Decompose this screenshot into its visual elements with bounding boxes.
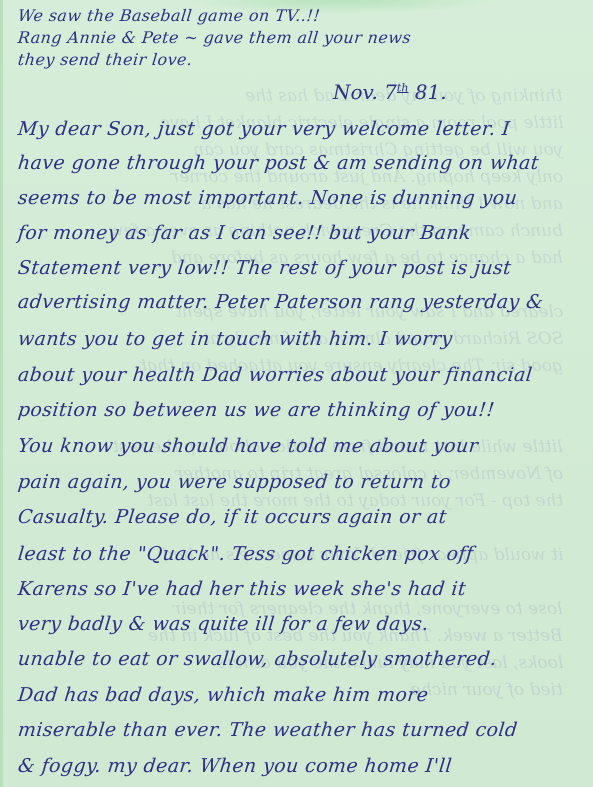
date-day: Nov. 7 bbox=[333, 80, 397, 104]
body-line: position so between us we are thinking o… bbox=[17, 399, 496, 421]
body-line: very badly & was quite ill for a few day… bbox=[17, 613, 430, 635]
postscript-line: they send their love. bbox=[17, 50, 193, 69]
body-line: You know you should have told me about y… bbox=[17, 435, 480, 457]
body-line: advertising matter. Peter Paterson rang … bbox=[17, 291, 545, 313]
postscript-line: We saw the Baseball game on TV..!! bbox=[17, 6, 321, 25]
body-line: Dad has bad days, which make him more bbox=[17, 684, 430, 706]
body-line: for money as far as I can see!! but your… bbox=[17, 222, 472, 244]
body-line: about your health Dad worries about your… bbox=[17, 364, 534, 386]
paper-edge bbox=[0, 0, 3, 787]
body-line: My dear Son, just got your very welcome … bbox=[17, 118, 511, 140]
body-line: pain again, you were supposed to return … bbox=[17, 471, 452, 493]
postscript-line: Rang Annie & Pete ~ gave them all your n… bbox=[17, 28, 412, 47]
body-line: wants you to get in touch with him. I wo… bbox=[17, 328, 454, 350]
body-line: have gone through your post & am sending… bbox=[17, 152, 540, 174]
body-line: seems to be most important. None is dunn… bbox=[17, 187, 519, 209]
body-line: & foggy. my dear. When you come home I'l… bbox=[17, 755, 453, 777]
body-line: miserable than ever. The weather has tur… bbox=[17, 719, 519, 741]
body-line: Casualty. Please do, if it occurs again … bbox=[17, 506, 448, 528]
body-line: Karens so I've had her this week she's h… bbox=[17, 578, 467, 600]
body-line: least to the "Quack". Tess got chicken p… bbox=[17, 543, 475, 565]
body-line: unable to eat or swallow, absolutely smo… bbox=[17, 648, 498, 670]
date-year: 81. bbox=[415, 80, 447, 104]
body-line: Statement very low!! The rest of your po… bbox=[17, 257, 513, 279]
letter-date: Nov. 7th 81. bbox=[333, 80, 447, 104]
date-suffix: th bbox=[397, 81, 409, 94]
